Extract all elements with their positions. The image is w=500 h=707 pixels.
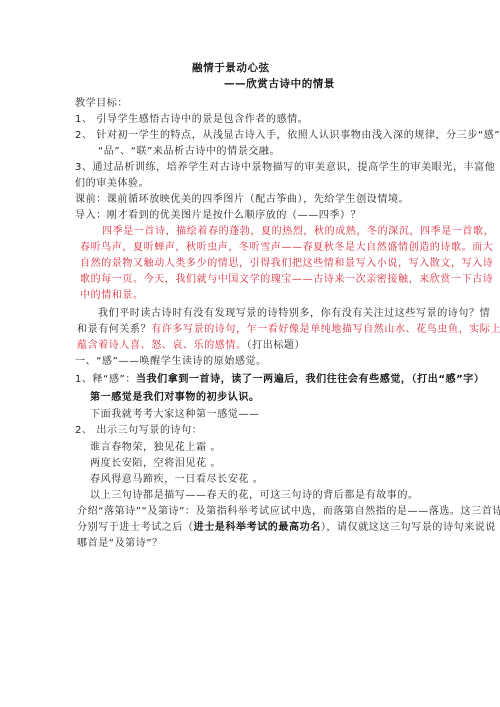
question-line-3-black: （打出标题） [247,340,306,351]
intro-text: 导入：刚才看到的优美图片是按什么顺序放的（——四季）？ [75,209,361,222]
objective-2-cont: “品”、“联”来品析古诗中的情景交融。 [98,145,280,158]
poem-line-2: 两度长安陌，空将泪见花 。 [90,457,221,470]
intro-red-5: 中的情和景。 [80,289,144,302]
document-page: 融情于景动心弦 ——欣赏古诗中的情景 教学目标： 1、 引导学生感悟古诗中的景是… [0,0,500,707]
section-1-heading: 一、“感”——唤醒学生读诗的原始感觉。 [75,355,267,368]
step-1-bold: 当我们拿到一首诗，读了一两遍后，我们往往会有些感觉，（打出“感”字） [136,374,485,385]
intro-red-1: 四季是一首诗，描绘着春的蓬勃，夏的热烈，秋的成熟，冬的深沉，四季是一首歌， [102,225,494,238]
step-1-note: 下面我就考考大家这种第一感觉—— [90,408,260,421]
question-line-3: 蕴含着诗人喜、怒、哀、乐的感情。（打出标题） [77,339,305,352]
objective-1: 1、 引导学生感悟古诗中的景是包含作者的感情。 [75,113,308,126]
document-subtitle: ——欣赏古诗中的情景 [224,78,335,91]
question-line-2-black: 和景有何关系？ [77,324,151,335]
document-title: 融情于景动心弦 [192,62,270,75]
exam-intro-line-2-bold: 进士是科举考试的最高功名 [194,522,321,533]
objective-2: 2、 针对初一学生的特点，从浅显古诗入手，依照人认识事物由浅入深的规律，分三步“… [75,129,500,142]
exam-intro-line-1: 介绍“落第诗”“及第诗”：及第指科举考试应试中选，而落第自然指的是——落选。这三… [77,505,500,518]
exam-intro-line-2-pre: 分别写于进士考试之后（ [77,522,194,533]
step-1-bold-2: 第一感觉是我们对事物的初步认识。 [90,391,260,404]
question-line-2: 和景有何关系？有许多写景的诗句，乍一看好像是单纯地描写自然山水、花鸟虫鱼，实际上 [77,323,500,336]
intro-red-4: 歌的每一页。今天，我们就与中国文学的瑰宝——古诗来一次亲密接触，来欣赏一下古诗 [80,273,493,286]
question-line-2-red: 有许多写景的诗句，乍一看好像是单纯地描写自然山水、花鸟虫鱼，实际上 [151,324,500,335]
step-1-prefix: 1、释“感”： [75,374,136,385]
objective-3: 3、通过品析训练，培养学生对古诗中景物描写的审美意识，提高学生的审美眼光，丰富他 [75,161,495,174]
step-2-heading: 2、 出示三句写景的诗句： [75,424,202,437]
objective-3-cont: 们的审美体验。 [75,177,149,190]
step-1: 1、释“感”：当我们拿到一首诗，读了一两遍后，我们往往会有些感觉，（打出“感”字… [75,373,484,386]
exam-intro-line-2-post: ），请仅就这这三句写景的诗句来说说 [321,522,496,533]
question-line-3-red: 蕴含着诗人喜、怒、哀、乐的感情。 [77,340,247,351]
poem-line-1: 谁言春物荣，独见花上霜 。 [90,441,221,454]
exam-intro-line-2: 分别写于进士考试之后（进士是科举考试的最高功名），请仅就这这三句写景的诗句来说说 [77,521,496,534]
poems-summary: 以上三句诗都是描写——春天的花，可这三句诗的背后都是有故事的。 [90,489,419,502]
poem-line-3: 春风得意马蹄疾，一日看尽长安花 。 [90,473,263,486]
intro-red-2: 春听鸟声，夏听蝉声，秋听虫声，冬听雪声——春夏秋冬是大自然盛情创造的诗歌。而大 [80,241,493,254]
question-line-1: 我们平时读古诗时有没有发现写景的诗特别多，你有没有关注过这些写景的诗句？情 [98,307,490,320]
objectives-label: 教学目标： [75,97,128,110]
pre-class-text: 课前：课前循环放映优美的四季图片（配古筝曲），先给学生创设情境。 [75,193,409,206]
intro-red-3: 自然的景物又触动人类多少的情思，引得我们把这些情和景写入小说，写入散文，写入诗 [80,257,493,270]
exam-intro-line-3: 哪首是“及第诗”？ [77,537,163,550]
